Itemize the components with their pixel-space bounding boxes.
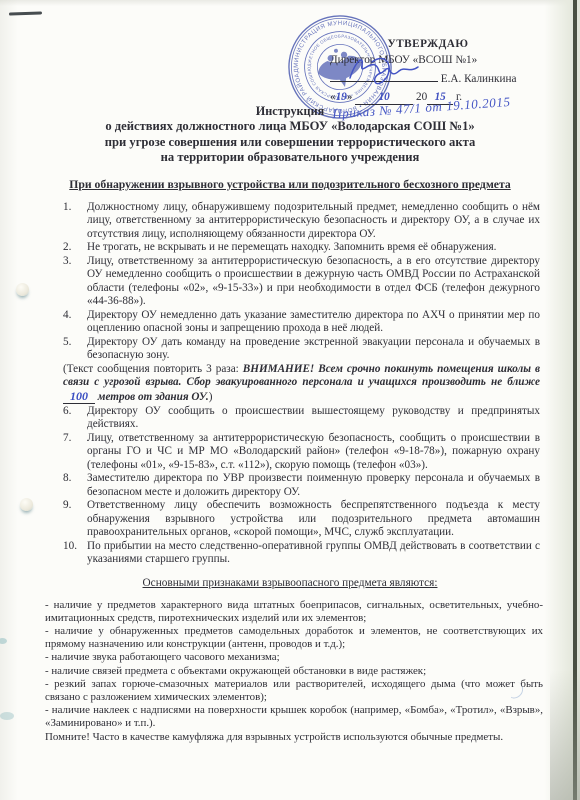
title-line: при угрозе совершения или совершении тер… [0, 135, 580, 151]
step-text: Лицу, ответственному за антитеррористиче… [87, 255, 540, 308]
instruction-step: 6. Директору ОУ сообщить о происшествии … [63, 405, 540, 432]
step-text: Заместителю директора по УВР произвести … [87, 472, 540, 498]
instruction-step: 3. Лицу, ответственному за антитеррорист… [63, 255, 540, 309]
step-number: 6. [63, 405, 71, 419]
note-announcement-end: метров от здания ОУ. [98, 391, 209, 403]
sign-item: - наличие у обнаруженных предметов самод… [45, 625, 543, 651]
step-number: 3. [63, 255, 71, 269]
step-text: Должностному лицу, обнаружившему подозри… [87, 201, 540, 240]
step-text: Директору ОУ дать команду на проведение … [87, 336, 540, 362]
scanned-document-page: АДМИНИСТРАЦИЯ МУНИЦИПАЛЬНОГО ОБРАЗОВАНИЯ… [0, 0, 580, 800]
step-text: Лицу, ответственному за антитеррористиче… [87, 432, 540, 471]
document-body: Инструкция о действиях должностного лица… [0, 0, 580, 744]
title-line: на территории образовательного учреждени… [0, 150, 580, 166]
step-number: 10. [63, 540, 77, 554]
section-heading-detection: При обнаружении взрывного устройства или… [0, 178, 580, 191]
instruction-step: 2. Не трогать, не вскрывать и не перемещ… [63, 241, 540, 255]
instruction-step: 5. Директору ОУ дать команду на проведен… [63, 336, 540, 363]
step-number: 4. [63, 309, 71, 323]
reminder-line: Помните! Часто в качестве камуфляжа для … [45, 731, 543, 744]
instruction-steps-list: 1. Должностному лицу, обнаружившему подо… [0, 201, 580, 567]
title-line: о действиях должностного лица МБОУ «Воло… [0, 119, 580, 135]
step-text: Директору ОУ сообщить о происшествии выш… [87, 405, 540, 431]
sign-item: - наличие звука работающего часового мех… [45, 651, 543, 664]
title-line: Инструкция [0, 104, 580, 119]
instruction-step: 1. Должностному лицу, обнаружившему подо… [63, 201, 540, 242]
instruction-step: 4. Директору ОУ немедленно дать указание… [63, 309, 540, 336]
sign-item: - резкий запах горюче-смазочных материал… [45, 678, 543, 704]
handwritten-distance-value: 100 [63, 389, 95, 404]
step-number: 2. [63, 241, 71, 255]
instruction-step: 8. Заместителю директора по УВР произвес… [63, 472, 540, 499]
section-heading-signs: Основными признаками взрывоопасного пред… [0, 577, 580, 589]
note-closing: ) [209, 391, 213, 403]
step-number: 1. [63, 201, 71, 215]
step-text: Ответственному лицу обеспечить возможнос… [87, 499, 540, 538]
sign-item: - наличие у предметов характерного вида … [45, 599, 543, 625]
explosive-signs-list: - наличие у предметов характерного вида … [45, 599, 543, 731]
step-number: 8. [63, 472, 71, 486]
instruction-step: 10. По прибытии на место следственно-опе… [63, 540, 540, 567]
document-title: Инструкция о действиях должностного лица… [0, 104, 580, 166]
step-text: Директору ОУ немедленно дать указание за… [87, 309, 540, 335]
sign-item: - наличие наклеек с надписями на поверхн… [45, 704, 543, 730]
step-number: 5. [63, 336, 71, 350]
step-number: 7. [63, 432, 71, 446]
evacuation-announcement-note: (Текст сообщения повторить 3 раза: ВНИМА… [63, 363, 540, 405]
step-text: Не трогать, не вскрывать и не перемещать… [87, 241, 496, 253]
step-number: 9. [63, 499, 71, 513]
instruction-step: 9. Ответственному лицу обеспечить возмож… [63, 499, 540, 540]
instruction-step: 7. Лицу, ответственному за антитеррорист… [63, 432, 540, 473]
sign-item: - наличие связей предмета с объектами ок… [45, 665, 543, 678]
note-prefix: (Текст сообщения повторить 3 раза: [63, 363, 243, 375]
step-text: По прибытии на место следственно-операти… [87, 540, 540, 566]
